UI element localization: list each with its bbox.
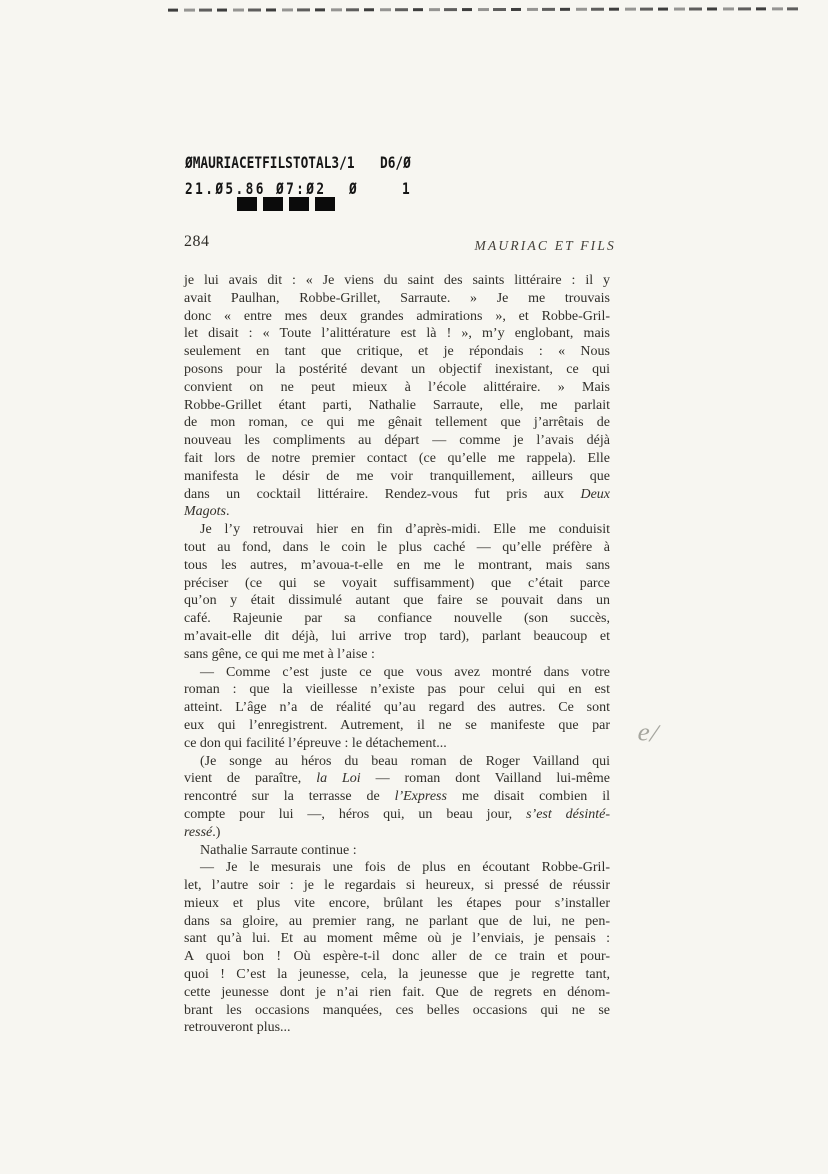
text-line: tout au fond, dans le coin le plus caché… (184, 539, 610, 557)
fax-calibration-block (263, 197, 283, 211)
text-line: — Comme c’est juste ce que vous avez mon… (184, 664, 610, 682)
text-line: café. Rajeunie par sa confiance nouvelle… (184, 610, 610, 628)
text-line: préciser (ce qui se voyait suffisamment)… (184, 575, 610, 593)
fax-calibration-block (237, 197, 257, 211)
text-line: brant les occasions manquées, ces belles… (184, 1002, 610, 1020)
pencil-margin-annotation: e/ (636, 717, 660, 749)
fax-header-line1-code: D6/Ø (380, 153, 419, 173)
scanned-page: ØMAURIACETFILSTOTAL3/1 D6/Ø 21.Ø5.86 Ø7:… (0, 0, 828, 1174)
text-line: compte pour lui —, héros qui, un beau jo… (184, 806, 610, 824)
text-line: je lui avais dit : « Je viens du saint d… (184, 272, 610, 290)
text-line: let, l’autre soir : je le regardais si h… (184, 877, 610, 895)
paragraph: Je l’y retrouvai hier en fin d’après-mid… (184, 521, 610, 663)
text-line: donc « entre mes deux grandes admiration… (184, 308, 610, 326)
text-line: let disait : « Toute l’alittérature est … (184, 325, 610, 343)
fax-id-text: ØMAURIACETFILSTOTAL3/1 (185, 153, 355, 172)
paragraph: — Comme c’est juste ce que vous avez mon… (184, 664, 610, 753)
fax-calibration-block (289, 197, 309, 211)
text-line: (Je songe au héros du beau roman de Roge… (184, 753, 610, 771)
running-title: MAURIAC ET FILS (366, 238, 616, 254)
text-line: sant qu’à lui. Et au moment même où je l… (184, 930, 610, 948)
fax-calibration-block (315, 197, 335, 211)
text-line: tous les autres, m’avoua-t-elle en me le… (184, 557, 610, 575)
text-line: Robbe-Grillet étant parti, Nathalie Sarr… (184, 397, 610, 415)
text-line: — Je le mesurais une fois de plus en éco… (184, 859, 610, 877)
text-line: ce don qui facilité l’épreuve : le détac… (184, 735, 610, 753)
fax-calibration-blocks (237, 197, 335, 211)
text-line: rencontré sur la terrasse de l’Express m… (184, 788, 610, 806)
text-line: Nathalie Sarraute continue : (184, 842, 610, 860)
text-line: atteint. L’âge n’a de réalité qu’au rega… (184, 699, 610, 717)
text-line: quoi ! C’est la jeunesse, cela, la jeune… (184, 966, 610, 984)
paragraph: (Je songe au héros du beau roman de Roge… (184, 753, 610, 842)
text-line: ressé.) (184, 824, 610, 842)
paragraph: je lui avais dit : « Je viens du saint d… (184, 272, 610, 521)
text-line: Je l’y retrouvai hier en fin d’après-mid… (184, 521, 610, 539)
fax-header-line1-id: ØMAURIACETFILSTOTAL3/1 (185, 153, 397, 173)
text-line: dans sa gloire, au premier rang, ne parl… (184, 913, 610, 931)
text-line: manifesta le désir de me voir tranquille… (184, 468, 610, 486)
text-line: cette jeunesse dont je n’ai rien fait. Q… (184, 984, 610, 1002)
fax-header-counter-zero: Ø (349, 179, 359, 199)
fax-datetime-text: 21.Ø5.86 Ø7:Ø2 (185, 179, 326, 198)
fax-counter-zero-text: Ø (349, 179, 357, 198)
text-line: fait lors de notre premier contact (ce q… (184, 450, 610, 468)
text-line: eux qui l’enregistrent. Autrement, il ne… (184, 717, 610, 735)
text-line: convient on ne peut mieux à l’école alit… (184, 379, 610, 397)
fax-counter-one-text: 1 (402, 179, 410, 198)
text-line: Magots. (184, 503, 610, 521)
text-line: posons pour la postérité devant un objec… (184, 361, 610, 379)
text-line: nouveau les compliments au départ — comm… (184, 432, 610, 450)
paragraph: — Je le mesurais une fois de plus en éco… (184, 859, 610, 1037)
body-text: je lui avais dit : « Je viens du saint d… (184, 272, 610, 1037)
fax-header-counter-one: 1 (402, 179, 412, 199)
text-line: sans gêne, ce qui me met à l’aise : (184, 646, 610, 664)
text-line: seulement en tant que critique, et je ré… (184, 343, 610, 361)
text-line: avait Paulhan, Robbe-Grillet, Sarraute. … (184, 290, 610, 308)
text-line: dans un cocktail littéraire. Rendez-vous… (184, 486, 610, 504)
scan-edge-dashed-line (168, 7, 798, 11)
text-line: mieux et plus vite encore, brûlant les é… (184, 895, 610, 913)
paragraph: Nathalie Sarraute continue : (184, 842, 610, 860)
text-line: A quoi bon ! Où espère-t-il donc aller d… (184, 948, 610, 966)
text-line: roman : que la vieillesse n’existe pas p… (184, 681, 610, 699)
text-line: vient de paraître, la Loi — roman dont V… (184, 770, 610, 788)
text-line: de mon roman, ce qui me gênait tellement… (184, 414, 610, 432)
text-line: qu’on y était dissimulé autant que faire… (184, 592, 610, 610)
text-line: retrouveront plus... (184, 1019, 610, 1037)
fax-header-datetime: 21.Ø5.86 Ø7:Ø2 (185, 179, 362, 199)
page-number: 284 (184, 233, 210, 251)
fax-code-text: D6/Ø (380, 153, 411, 172)
text-line: m’avait-elle dit déjà, lui arrive trop t… (184, 628, 610, 646)
